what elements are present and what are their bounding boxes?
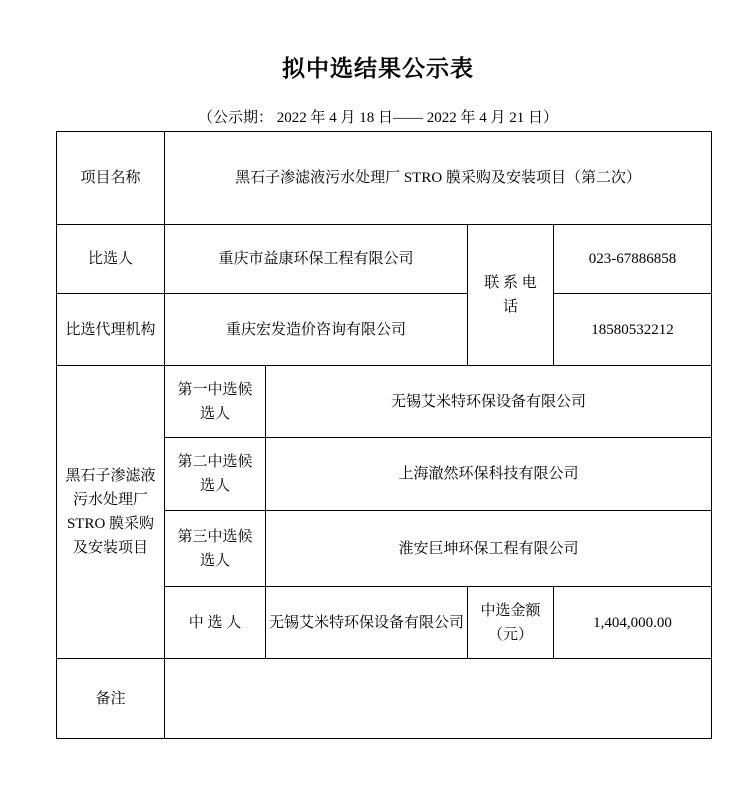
- candidate-3-label: 第三中选候 选人: [165, 511, 266, 587]
- winner-value: 无锡艾米特环保设备有限公司: [266, 587, 468, 659]
- row-selector: 比选人 重庆市益康环保工程有限公司 联 系 电 话 023-67886858: [57, 225, 712, 294]
- publicity-period: （公示期： 2022 年 4 月 18 日—— 2022 年 4 月 21 日）: [0, 106, 756, 127]
- document-page: 拟中选结果公示表 （公示期： 2022 年 4 月 18 日—— 2022 年 …: [0, 0, 756, 792]
- remarks-label: 备注: [57, 659, 165, 739]
- section-project-label: 黑石子渗滤液 污水处理厂 STRO 膜采购 及安装项目: [57, 366, 165, 659]
- row-candidate-1: 黑石子渗滤液 污水处理厂 STRO 膜采购 及安装项目 第一中选候 选人 无锡艾…: [57, 366, 712, 438]
- candidate-3-value: 淮安巨坤环保工程有限公司: [266, 511, 712, 587]
- agency-value: 重庆宏发造价咨询有限公司: [165, 294, 468, 366]
- row-remarks: 备注: [57, 659, 712, 739]
- project-name-label: 项目名称: [57, 132, 165, 225]
- selector-phone-value: 023-67886858: [554, 225, 712, 294]
- candidate-1-label: 第一中选候 选人: [165, 366, 266, 438]
- candidate-2-value: 上海澈然环保科技有限公司: [266, 438, 712, 511]
- winner-label: 中 选 人: [165, 587, 266, 659]
- result-table: 项目名称 黑石子渗滤液污水处理厂 STRO 膜采购及安装项目（第二次） 比选人 …: [56, 131, 712, 739]
- agency-phone-value: 18580532212: [554, 294, 712, 366]
- candidate-1-value: 无锡艾米特环保设备有限公司: [266, 366, 712, 438]
- winner-amount-label: 中选金额 （元）: [468, 587, 554, 659]
- selector-label: 比选人: [57, 225, 165, 294]
- selector-value: 重庆市益康环保工程有限公司: [165, 225, 468, 294]
- remarks-value: [165, 659, 712, 739]
- project-name-value: 黑石子渗滤液污水处理厂 STRO 膜采购及安装项目（第二次）: [165, 132, 712, 225]
- contact-phone-label: 联 系 电 话: [468, 225, 554, 366]
- row-agency: 比选代理机构 重庆宏发造价咨询有限公司 18580532212: [57, 294, 712, 366]
- document-title: 拟中选结果公示表: [0, 50, 756, 83]
- agency-label: 比选代理机构: [57, 294, 165, 366]
- candidate-2-label: 第二中选候 选人: [165, 438, 266, 511]
- winner-amount-value: 1,404,000.00: [554, 587, 712, 659]
- row-project: 项目名称 黑石子渗滤液污水处理厂 STRO 膜采购及安装项目（第二次）: [57, 132, 712, 225]
